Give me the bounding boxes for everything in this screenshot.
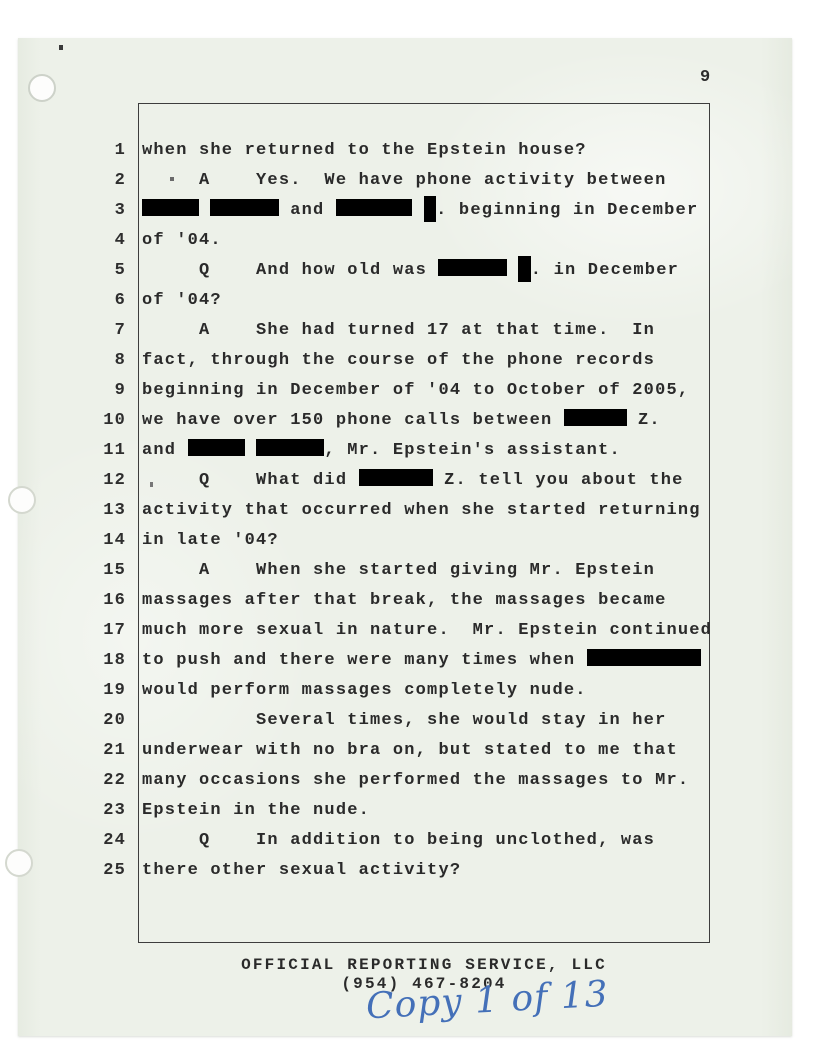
line-number: 17 [60, 616, 126, 646]
line-number: 15 [60, 556, 126, 586]
redaction-bar [359, 469, 433, 486]
line-text: would perform massages completely nude. [142, 676, 587, 706]
line-text: fact, through the course of the phone re… [142, 346, 655, 376]
text-segment: we have over 150 phone calls between [142, 411, 564, 430]
text-segment: would perform massages completely nude. [142, 681, 587, 700]
line-number: 19 [60, 676, 126, 706]
line-text: when she returned to the Epstein house? [142, 136, 587, 166]
text-segment: massages after that break, the massages … [142, 591, 666, 610]
line-number: 3 [60, 196, 126, 226]
redaction-bar [142, 199, 199, 216]
text-segment: much more sexual in nature. Mr. Epstein … [142, 621, 712, 640]
redaction-bar [424, 196, 437, 222]
line-number: 5 [60, 256, 126, 286]
line-text: beginning in December of '04 to October … [142, 376, 689, 406]
line-text: to push and there were many times when [142, 646, 701, 676]
line-text: and . beginning in December [142, 196, 698, 226]
line-text: Several times, she would stay in her [142, 706, 666, 736]
text-segment: Q What did [142, 471, 359, 490]
line-number: 23 [60, 796, 126, 826]
line-text: in late '04? [142, 526, 279, 556]
redaction-bar [188, 439, 245, 456]
line-number: 13 [60, 496, 126, 526]
line-number: 6 [60, 286, 126, 316]
redaction-bar [564, 409, 627, 426]
text-segment: to push and there were many times when [142, 651, 587, 670]
line-number: 9 [60, 376, 126, 406]
line-number: 4 [60, 226, 126, 256]
line-text: A Yes. We have phone activity between [142, 166, 666, 196]
line-number: 11 [60, 436, 126, 466]
line-text: massages after that break, the massages … [142, 586, 666, 616]
line-text: and , Mr. Epstein's assistant. [142, 436, 621, 466]
line-text: Q In addition to being unclothed, was [142, 826, 655, 856]
hole-punch-bottom [5, 849, 33, 877]
text-segment: and [279, 201, 336, 220]
text-segment: Q And how old was [142, 261, 438, 280]
text-segment: and [142, 441, 188, 460]
line-number: 24 [60, 826, 126, 856]
line-text: activity that occurred when she started … [142, 496, 701, 526]
line-number: 1 [60, 136, 126, 166]
text-segment: . in December [531, 261, 679, 280]
line-number: 21 [60, 736, 126, 766]
text-segment: Z. tell you about the [433, 471, 684, 490]
line-number: 22 [60, 766, 126, 796]
scan-artifact-dot [59, 45, 63, 50]
text-segment: A She had turned 17 at that time. In [142, 321, 655, 340]
line-number: 20 [60, 706, 126, 736]
text-segment: A Yes. We have phone activity between [142, 171, 666, 190]
line-text: Q What did Z. tell you about the [142, 466, 684, 496]
line-number: 16 [60, 586, 126, 616]
text-segment: Several times, she would stay in her [142, 711, 666, 730]
line-text: A When she started giving Mr. Epstein [142, 556, 655, 586]
text-segment: of '04? [142, 291, 222, 310]
redaction-bar [587, 649, 701, 666]
line-number: 18 [60, 646, 126, 676]
line-text: A She had turned 17 at that time. In [142, 316, 655, 346]
line-text: of '04? [142, 286, 222, 316]
redaction-bar [518, 256, 531, 282]
line-text: there other sexual activity? [142, 856, 461, 886]
text-segment: fact, through the course of the phone re… [142, 351, 655, 370]
text-segment [412, 201, 423, 220]
redaction-bar [210, 199, 278, 216]
text-segment [245, 441, 256, 460]
text-segment: A When she started giving Mr. Epstein [142, 561, 655, 580]
redaction-bar [336, 199, 412, 216]
text-segment: when she returned to the Epstein house? [142, 141, 587, 160]
scanned-deposition-page: 9 1when she returned to the Epstein hous… [0, 0, 816, 1056]
line-text: many occasions she performed the massage… [142, 766, 689, 796]
line-number: 14 [60, 526, 126, 556]
line-text: much more sexual in nature. Mr. Epstein … [142, 616, 712, 646]
text-segment: many occasions she performed the massage… [142, 771, 689, 790]
line-text: of '04. [142, 226, 222, 256]
redaction-bar [256, 439, 324, 456]
footer-company: OFFICIAL REPORTING SERVICE, LLC [138, 956, 710, 975]
hole-punch-middle [8, 486, 36, 514]
text-segment [507, 261, 518, 280]
line-number: 12 [60, 466, 126, 496]
text-segment [199, 201, 210, 220]
line-text: underwear with no bra on, but stated to … [142, 736, 678, 766]
text-segment: , Mr. Epstein's assistant. [324, 441, 620, 460]
line-number: 8 [60, 346, 126, 376]
line-number: 10 [60, 406, 126, 436]
text-segment: Z. [627, 411, 661, 430]
text-segment: Epstein in the nude. [142, 801, 370, 820]
line-number: 25 [60, 856, 126, 886]
hole-punch-top [28, 74, 56, 102]
text-segment: beginning in December of '04 to October … [142, 381, 689, 400]
line-text: Epstein in the nude. [142, 796, 370, 826]
text-segment: Q In addition to being unclothed, was [142, 831, 655, 850]
line-text: we have over 150 phone calls between Z. [142, 406, 661, 436]
text-segment: of '04. [142, 231, 222, 250]
redaction-bar [438, 259, 506, 276]
line-text: Q And how old was . in December [142, 256, 679, 286]
line-number: 2 [60, 166, 126, 196]
text-segment: underwear with no bra on, but stated to … [142, 741, 678, 760]
text-segment: . beginning in December [436, 201, 698, 220]
text-segment: in late '04? [142, 531, 279, 550]
text-segment: activity that occurred when she started … [142, 501, 701, 520]
line-number: 7 [60, 316, 126, 346]
page-number: 9 [700, 68, 711, 87]
text-segment: there other sexual activity? [142, 861, 461, 880]
